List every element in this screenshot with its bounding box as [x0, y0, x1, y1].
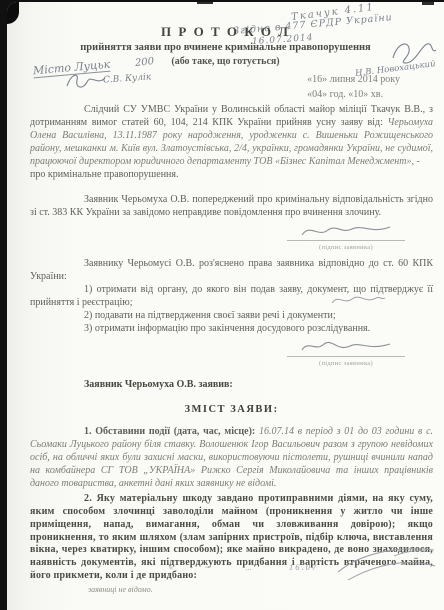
date-block: «16» липня 2014 року «04» год. «10» хв.: [307, 72, 400, 102]
handwritten-signature-name: С.В. Кулік: [103, 72, 152, 85]
scan-corner-artifact: [7, 2, 19, 24]
section-2-text: 2. Яку матеріальну шкоду завдано протипр…: [30, 493, 433, 581]
signature-caption: (підпис заявника): [287, 240, 405, 255]
section-1-title: 1. Обставини події (дата, час, місце):: [84, 426, 255, 437]
section-2-answer: заявниці не відомо.: [88, 584, 433, 597]
section-2: 2. Яку матеріальну шкоду завдано протипр…: [30, 493, 433, 583]
paragraph-investigator: Слідчий СУ УМВС України у Волинській обл…: [30, 104, 433, 169]
scan-edge-mark: [197, 2, 213, 4]
scanned-document: Ткачук 4.11 Згідно в 477 ЄРДР України 16…: [0, 0, 444, 610]
document-subtitle: прийняття заяви про вчинене кримінальне …: [7, 42, 444, 53]
content-heading: ЗМІСТ ЗАЯВИ:: [30, 404, 433, 417]
document-title: П Р О Т О К О Л: [7, 24, 444, 40]
faint-mark: 16.07: [289, 562, 318, 572]
document-page: Ткачук 4.11 Згідно в 477 ЄРДР України 16…: [7, 2, 444, 610]
investigator-text: Слідчий СУ УМВС України у Волинській обл…: [30, 104, 433, 128]
signature-icon: [63, 70, 109, 92]
declared-line: Заявник Черьомуха О.В. заявив:: [30, 379, 433, 392]
scan-edge-mark: [422, 2, 434, 5]
paragraph-rights: Заявнику Черьомусі О.В. роз'яснено права…: [30, 258, 433, 284]
handwritten-note-top: Ткачук 4.11: [291, 2, 376, 23]
document-subtitle-2: (або таке, що готується): [7, 56, 444, 67]
signature-caption: (підпис заявника): [287, 356, 405, 371]
signature-icon: [298, 338, 394, 356]
right-item-2: 2) подавати на підтвердження своєї заяви…: [30, 310, 433, 323]
signature-icon: [298, 222, 394, 240]
faint-mark: «: [169, 562, 173, 572]
document-body: Слідчий СУ УМВС України у Волинській обл…: [30, 104, 433, 597]
signature-block-1: (підпис заявника): [287, 222, 405, 255]
right-item-1: 1) отримати від органу, до якого він под…: [30, 284, 433, 310]
signature-block-2: (підпис заявника): [287, 338, 405, 371]
time-line: «04» год. «10» хв.: [307, 87, 400, 102]
paragraph-warning: Заявник Черьомуха О.В. попереджений про …: [30, 194, 433, 220]
right-item-3: 3) отримати інформацію про закінчення до…: [30, 323, 433, 336]
faint-mark: ...: [244, 562, 252, 573]
date-line: «16» липня 2014 року: [307, 72, 400, 87]
faint-mark: ~: [205, 562, 210, 572]
paragraph-offense: про кримінальне правопорушення.: [30, 169, 433, 182]
section-1: 1. Обставини події (дата, час, місце): 1…: [30, 426, 433, 491]
